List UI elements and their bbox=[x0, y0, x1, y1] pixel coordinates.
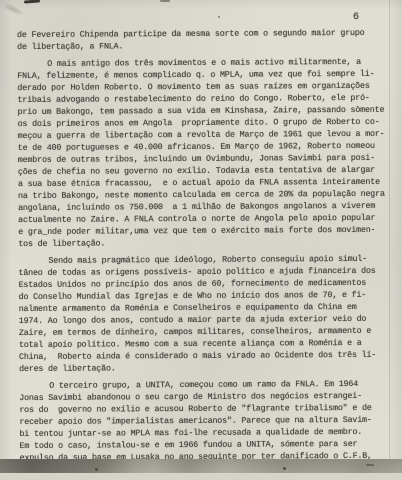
text-line: deres de libertação. bbox=[19, 361, 395, 375]
text-line: e gra_nde poder militar,uma vez que tem … bbox=[18, 224, 394, 238]
scan-speck bbox=[218, 16, 220, 18]
text-line: tos de libertação. bbox=[18, 236, 394, 250]
scanner-bed-band bbox=[0, 459, 402, 473]
scan-speck bbox=[95, 468, 98, 471]
scan-speck bbox=[366, 464, 374, 466]
paragraph: O terceiro grupo, a UNITA, começou como … bbox=[19, 378, 396, 464]
scan-speck bbox=[283, 467, 286, 470]
scanner-bed-strip bbox=[0, 473, 402, 480]
paragraph: de Fevereiro Chipenda participe da mesma… bbox=[17, 27, 393, 53]
text-line: de Fevereiro Chipenda participe da mesma… bbox=[17, 27, 393, 41]
text-block: de Fevereiro Chipenda participe da mesma… bbox=[17, 27, 396, 464]
page-number: 6 bbox=[353, 12, 359, 23]
text-line: China, Roberto ainda é considerado o mai… bbox=[19, 349, 395, 363]
scan-speck bbox=[160, 0, 170, 2]
paragraph: O mais antigo dos três movimentos e o ma… bbox=[17, 56, 394, 250]
scanned-document-page: 6 de Fevereiro Chipenda participe da mes… bbox=[0, 0, 402, 480]
text-line: de libertação, a FNLA. bbox=[17, 39, 393, 53]
paragraph: Sendo mais pragmático que ideólogo, Robe… bbox=[18, 253, 395, 375]
